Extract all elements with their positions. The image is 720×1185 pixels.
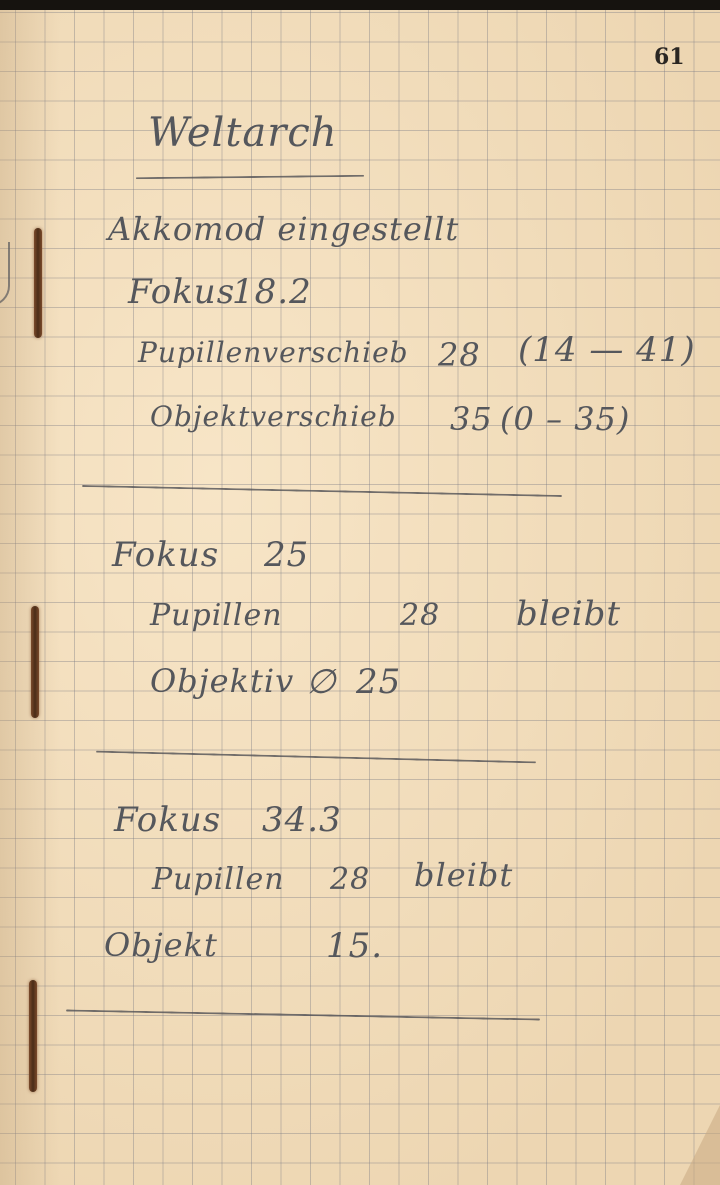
- section-2-focus-value: 25: [264, 535, 309, 575]
- binding-staple-middle: [31, 606, 39, 718]
- section-3-focus-value: 34.3: [262, 800, 342, 840]
- title-underline: [136, 175, 364, 179]
- section-3-line-1-note: bleibt: [414, 856, 513, 894]
- section-2-focus-label: Fokus: [112, 535, 219, 575]
- section-divider-2: [96, 751, 536, 764]
- section-3-focus-label: Fokus: [114, 800, 221, 840]
- section-3-line-1-value: 28: [330, 862, 370, 897]
- notebook-page: 61 Weltarch Akkomod eingestellt Fokus 18…: [0, 10, 720, 1185]
- section-1-line-2-value: 35: [450, 400, 493, 438]
- section-1-line-1-value: 28: [438, 336, 481, 374]
- page-corner-fold: [680, 1105, 720, 1185]
- section-2-line-2-label: Objektiv: [150, 662, 294, 700]
- section-2-line-1-label: Pupillen: [150, 598, 283, 633]
- note-subtitle: Akkomod eingestellt: [108, 210, 459, 248]
- note-title: Weltarch: [148, 110, 338, 156]
- section-divider-3: [66, 1009, 540, 1020]
- section-2-line-2-value: 25: [356, 662, 401, 702]
- binding-staple-bottom: [29, 980, 37, 1092]
- section-3-line-2-label: Objekt: [104, 926, 218, 964]
- section-2-line-1-value: 28: [400, 598, 440, 633]
- binding-staple-top: [34, 228, 42, 338]
- section-2-line-1-note: bleibt: [516, 594, 621, 634]
- section-1-focus-label: Fokus: [128, 272, 235, 312]
- page-number: 61: [654, 44, 685, 70]
- section-3-line-1-label: Pupillen: [152, 862, 285, 897]
- scan-top-border: [0, 0, 720, 10]
- section-1-line-1-range: (14 — 41): [518, 330, 696, 370]
- section-1-focus-value: 18.2: [232, 272, 312, 312]
- section-1-line-1-label: Pupillenverschieb: [138, 336, 409, 369]
- section-3-line-2-value: 15.: [326, 926, 383, 966]
- section-2-line-2-symbol: ∅: [306, 662, 337, 702]
- section-1-line-2-label: Objektverschieb: [150, 400, 397, 433]
- section-1-line-2-range: (0 – 35): [500, 400, 630, 438]
- section-divider-1: [82, 485, 562, 497]
